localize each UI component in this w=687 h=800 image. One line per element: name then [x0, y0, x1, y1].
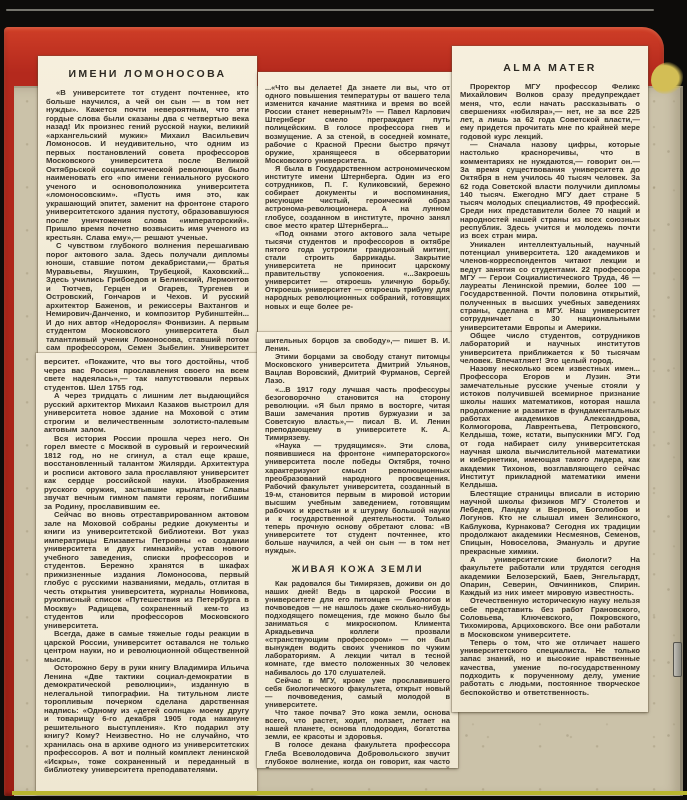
paragraph: «Под окнами этого актового зала четыре т…: [265, 230, 450, 311]
page-bottom-edge-line: [12, 791, 687, 795]
paragraph: Сейчас во вновь отреставрированном актов…: [44, 511, 249, 630]
middle-clipping-bottom: шительных борцов за свободу»,— пишет В. …: [257, 332, 458, 768]
section-header: ЖИВАЯ КОЖА ЗЕМЛИ: [265, 564, 450, 575]
paragraph: «В университете тот студент почтеннее, к…: [46, 89, 249, 242]
book-top-edge-highlight: [6, 9, 654, 11]
paragraph: Осторожно беру в руки книгу Владимира Ил…: [44, 664, 249, 775]
paragraph: Сейчас в МГУ, кроме уже прославившего се…: [265, 677, 450, 709]
paragraph: Этими борцами за свободу станут питомцы …: [265, 353, 450, 385]
middle-bottom-paragraphs-1: шительных борцов за свободу»,— пишет В. …: [265, 337, 450, 556]
staple-icon: [673, 642, 682, 677]
left-top-paragraphs: «В университете тот студент почтеннее, к…: [46, 89, 249, 353]
right-clipping: ALMA MATER Проректор МГУ профессор Фелик…: [452, 46, 648, 712]
paragraph: Общее число студентов, сотрудников лабор…: [460, 332, 640, 365]
paragraph: Блестящие страницы вписали в историю нау…: [460, 490, 640, 556]
right-column-header: ALMA MATER: [460, 62, 640, 74]
paragraph: Теперь о том, что же отличает нашего уни…: [460, 639, 640, 697]
paragraph: Я была в Государственном астрономическом…: [265, 165, 450, 230]
paragraph: Назову несколько всем известных имен... …: [460, 365, 640, 489]
left-clipping-bottom: верситет. «Покажите, что вы того достойн…: [36, 353, 257, 794]
paragraph: С чувством глубокого волнения перешагива…: [46, 242, 249, 353]
paragraph: верситет. «Покажите, что вы того достойн…: [44, 358, 249, 392]
paragraph: «...В 1917 году лучшая часть профессуры …: [265, 386, 450, 443]
paragraph: Всегда, даже в самые тяжелые годы реакци…: [44, 630, 249, 664]
paragraph: «Наука — трудящимся». Эти слова, появивш…: [265, 442, 450, 555]
paragraph: Проректор МГУ профессор Феликс Михайлови…: [460, 83, 640, 141]
right-paragraphs: Проректор МГУ профессор Феликс Михайлови…: [460, 83, 640, 697]
paragraph: Отечественную историческую науку нельзя …: [460, 597, 640, 638]
middle-top-paragraphs: ...«Что вы делаете! Да знаете ли вы, что…: [265, 84, 450, 311]
paragraph: Уникален интеллектуальный, научный потен…: [460, 241, 640, 332]
middle-clipping-top: ...«Что вы делаете! Да знаете ли вы, что…: [258, 72, 457, 332]
scrapbook-page-photo: { "colors":{ "book_cover_red":"#b4291d",…: [0, 0, 687, 800]
paragraph: — Сначала назову цифры, которые настольк…: [460, 141, 640, 241]
paragraph: А через тридцать с лишним лет выдающийся…: [44, 392, 249, 435]
paragraph: ...«Что вы делаете! Да знаете ли вы, что…: [265, 84, 450, 165]
paragraph: В голосе декана факультета профессора Гл…: [265, 741, 450, 768]
paragraph: шительных борцов за свободу»,— пишет В. …: [265, 337, 450, 353]
left-clipping-top: ИМЕНИ ЛОМОНОСОВА «В университете тот сту…: [38, 56, 257, 353]
left-column-header: ИМЕНИ ЛОМОНОСОВА: [46, 68, 249, 80]
left-bottom-paragraphs: верситет. «Покажите, что вы того достойн…: [44, 358, 249, 775]
paragraph: Как радовался бы Тимирязев, доживи он до…: [265, 580, 450, 677]
paragraph: Вся история России прошла через него. Он…: [44, 435, 249, 512]
middle-bottom-paragraphs-2: Как радовался бы Тимирязев, доживи он до…: [265, 580, 450, 768]
paragraph: Что такое почва? Это кожа земли, основа …: [265, 709, 450, 741]
paragraph: А университетские биологи? На факультете…: [460, 556, 640, 597]
